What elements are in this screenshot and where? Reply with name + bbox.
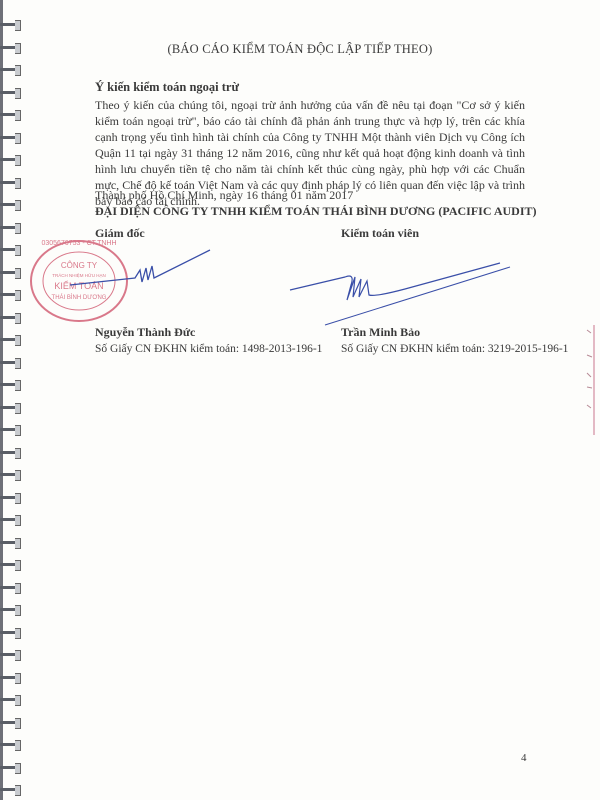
binding-coil bbox=[0, 560, 24, 570]
binding-coil bbox=[0, 200, 24, 210]
binding-coil bbox=[0, 133, 24, 143]
binding-coil bbox=[0, 335, 24, 345]
binding-coil bbox=[0, 650, 24, 660]
place-date: Thành phố Hồ Chí Minh, ngày 16 tháng 01 … bbox=[95, 188, 353, 203]
director-name: Nguyễn Thành Đức bbox=[95, 325, 195, 340]
spiral-binding bbox=[0, 0, 24, 800]
auditor-signature bbox=[285, 255, 525, 330]
page-number: 4 bbox=[521, 752, 527, 764]
binding-coil bbox=[0, 245, 24, 255]
binding-coil bbox=[0, 20, 24, 30]
firm-representative: ĐẠI DIỆN CÔNG TY TNHH KIỂM TOÁN THÁI BÌN… bbox=[95, 204, 537, 219]
director-signature bbox=[60, 240, 220, 310]
binding-coil bbox=[0, 515, 24, 525]
director-certificate: Số Giấy CN ĐKHN kiểm toán: 1498-2013-196… bbox=[95, 343, 322, 355]
binding-coil bbox=[0, 740, 24, 750]
binding-coil bbox=[0, 110, 24, 120]
binding-coil bbox=[0, 673, 24, 683]
binding-coil bbox=[0, 763, 24, 773]
section-title: Ý kiến kiểm toán ngoại trừ bbox=[95, 80, 239, 95]
binding-coil bbox=[0, 448, 24, 458]
binding-coil bbox=[0, 313, 24, 323]
binding-coil bbox=[0, 628, 24, 638]
binding-coil bbox=[0, 470, 24, 480]
binding-coil bbox=[0, 65, 24, 75]
binding-coil bbox=[0, 605, 24, 615]
binding-coil bbox=[0, 785, 24, 795]
auditor-name: Trần Minh Bảo bbox=[341, 325, 420, 340]
binding-coil bbox=[0, 403, 24, 413]
binding-coil bbox=[0, 178, 24, 188]
binding-coil bbox=[0, 538, 24, 548]
auditor-certificate: Số Giấy CN ĐKHN kiểm toán: 3219-2015-196… bbox=[341, 343, 568, 355]
binding-coil bbox=[0, 493, 24, 503]
binding-coil bbox=[0, 380, 24, 390]
binding-coil bbox=[0, 290, 24, 300]
binding-coil bbox=[0, 88, 24, 98]
auditor-role: Kiểm toán viên bbox=[341, 226, 419, 241]
binding-coil bbox=[0, 268, 24, 278]
binding-coil bbox=[0, 718, 24, 728]
page-header: (BÁO CÁO KIỂM TOÁN ĐỘC LẬP TIẾP THEO) bbox=[0, 42, 600, 57]
binding-coil bbox=[0, 583, 24, 593]
binding-coil bbox=[0, 155, 24, 165]
margin-annotation bbox=[584, 325, 596, 435]
binding-coil bbox=[0, 358, 24, 368]
binding-coil bbox=[0, 695, 24, 705]
binding-coil bbox=[0, 223, 24, 233]
binding-coil bbox=[0, 425, 24, 435]
